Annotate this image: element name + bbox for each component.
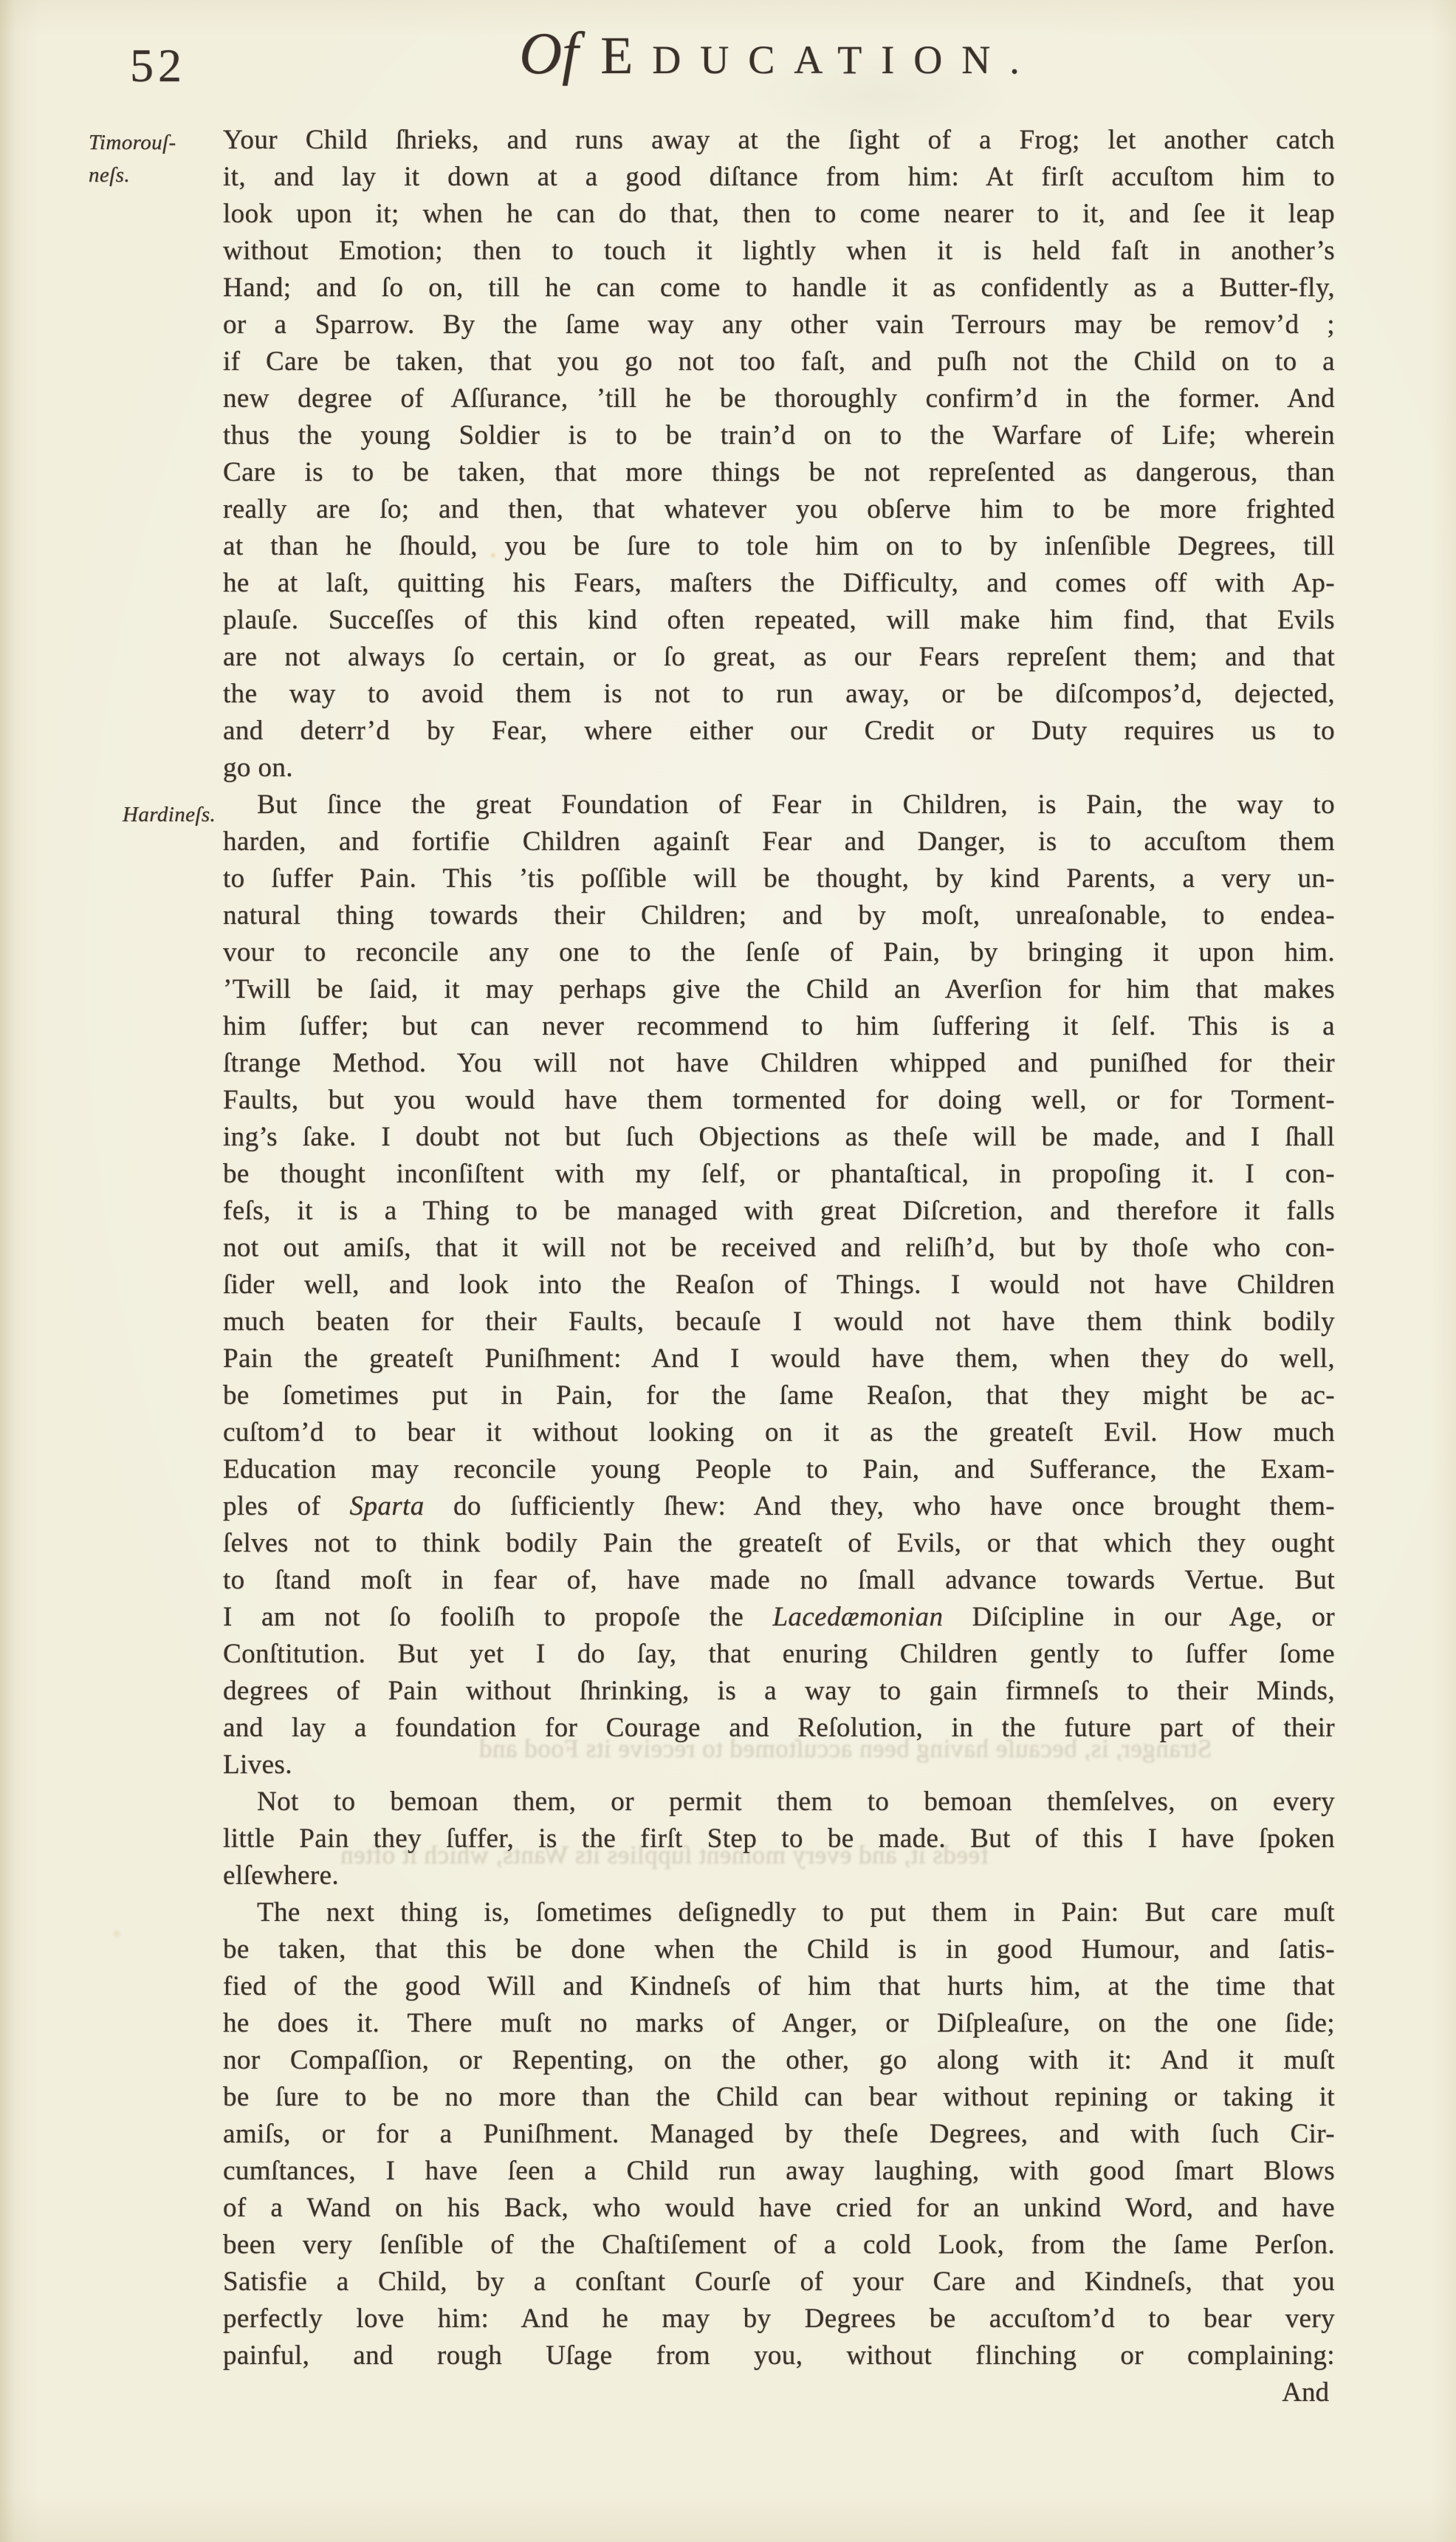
text-line: he at laſt, quitting his Fears, maſters … — [223, 565, 1335, 602]
paragraph-lines: Not to bemoan them, or permit them to be… — [223, 1784, 1335, 1894]
text-line: look upon it; when he can do that, then … — [223, 196, 1335, 233]
body-text: Timorouſ-neſs. Your Child ſhrieks, and r… — [0, 122, 1456, 2411]
text-line: Hardineſs. — [89, 798, 219, 831]
running-title: OfEDUCATION. — [223, 21, 1335, 88]
text-line: the way to avoid them is not to run away… — [223, 676, 1335, 713]
paragraph-lines: The next thing is, ſometimes deſignedly … — [223, 1894, 1335, 2374]
text-line: be ſometimes put in Pain, for the ſame R… — [223, 1377, 1335, 1414]
text-line: amiſs, or for a Puniſhment. Managed by t… — [223, 2116, 1335, 2153]
text-line: Lives. — [223, 1747, 1335, 1784]
text-line: be taken, that this be done when the Chi… — [223, 1931, 1335, 1968]
text-line: neſs. — [89, 159, 219, 191]
paragraph-lines: But ſince the great Foundation of Fear i… — [223, 787, 1335, 1784]
running-title-caps: EDUCATION. — [600, 25, 1038, 86]
text-line: ples of Sparta do ſufficiently ſhew: And… — [223, 1488, 1335, 1525]
margin-note-timorousness: Timorouſ-neſs. — [89, 126, 219, 191]
catchword: And — [223, 2374, 1335, 2411]
text-line: vour to reconcile any one to the ſenſe o… — [223, 934, 1335, 971]
text-line: go on. — [223, 750, 1335, 787]
text-line: if Care be taken, that you go not too fa… — [223, 343, 1335, 380]
text-line: of a Wand on his Back, who would have cr… — [223, 2190, 1335, 2227]
text-line: natural thing towards their Children; an… — [223, 897, 1335, 934]
text-line: at than he ſhould, you be ſure to tole h… — [223, 528, 1335, 565]
text-line: Education may reconcile young People to … — [223, 1451, 1335, 1488]
text-line: new degree of Aſſurance, ’till he be tho… — [223, 380, 1335, 417]
text-line: not out amiſs, that it will not be recei… — [223, 1230, 1335, 1267]
text-line: ſtrange Method. You will not have Childr… — [223, 1045, 1335, 1082]
text-line: ’Twill be ſaid, it may perhaps give the … — [223, 971, 1335, 1008]
paragraph-lines: Your Child ſhrieks, and runs away at the… — [223, 122, 1335, 787]
text-line: be ſure to be no more than the Child can… — [223, 2079, 1335, 2116]
text-line: I am not ſo fooliſh to propoſe the Laced… — [223, 1599, 1335, 1636]
text-line: ſelves not to think bodily Pain the grea… — [223, 1525, 1335, 1562]
text-line: feſs, it is a Thing to be managed with g… — [223, 1193, 1335, 1230]
text-line: ing’s ſake. I doubt not but ſuch Objecti… — [223, 1119, 1335, 1156]
text-line: cuſtom’d to bear it without looking on i… — [223, 1414, 1335, 1451]
text-line: really are ſo; and then, that whatever y… — [223, 491, 1335, 528]
page-number: 52 — [130, 38, 186, 93]
text-line: painful, and rough Uſage from you, witho… — [223, 2337, 1335, 2374]
text-line: thus the young Soldier is to be train’d … — [223, 417, 1335, 454]
text-line: Faults, but you would have them tormente… — [223, 1082, 1335, 1119]
margin-note-hardiness: Hardineſs. — [89, 798, 219, 831]
text-line: it, and lay it down at a good diſtance f… — [223, 159, 1335, 196]
text-line: little Pain they ſuffer, is the firſt St… — [223, 1820, 1335, 1857]
text-line: he does it. There muſt no marks of Anger… — [223, 2005, 1335, 2042]
text-line: or a Sparrow. By the ſame way any other … — [223, 306, 1335, 343]
text-line: be thought inconſiſtent with my ſelf, or… — [223, 1156, 1335, 1193]
text-line: been very ſenſible of the Chaſtiſement o… — [223, 2227, 1335, 2264]
page-header: 52 OfEDUCATION. — [0, 0, 1456, 122]
paragraph-designed-pain: The next thing is, ſometimes deſignedly … — [0, 1894, 1456, 2374]
text-line: Hand; and ſo on, till he can come to han… — [223, 270, 1335, 306]
text-line: him ſuffer; but can never recommend to h… — [223, 1008, 1335, 1045]
paragraph-hardiness: Hardineſs. But ſince the great Foundatio… — [0, 787, 1456, 1784]
text-line: much beaten for their Faults, becauſe I … — [223, 1303, 1335, 1340]
text-line: Satisfie a Child, by a conſtant Courſe o… — [223, 2264, 1335, 2301]
text-line: degrees of Pain without ſhrinking, is a … — [223, 1673, 1335, 1710]
text-line: elſewhere. — [223, 1857, 1335, 1894]
text-line: Your Child ſhrieks, and runs away at the… — [223, 122, 1335, 159]
text-line: and lay a foundation for Courage and Reſ… — [223, 1710, 1335, 1747]
text-line: cumſtances, I have ſeen a Child run away… — [223, 2153, 1335, 2190]
text-line: nor Compaſſion, or Repenting, on the oth… — [223, 2042, 1335, 2079]
text-line: Care is to be taken, that more things be… — [223, 454, 1335, 491]
text-line: Pain the greateſt Puniſhment: And I woul… — [223, 1340, 1335, 1377]
text-line: Conſtitution. But yet I do ſay, that enu… — [223, 1636, 1335, 1673]
text-line: to ſtand moſt in fear of, have made no ſ… — [223, 1562, 1335, 1599]
running-title-of: Of — [519, 21, 578, 86]
text-line: without Emotion; then to touch it lightl… — [223, 233, 1335, 270]
text-line: But ſince the great Foundation of Fear i… — [223, 787, 1335, 823]
text-line: Timorouſ- — [89, 126, 219, 159]
text-line: to ſuffer Pain. This ’tis poſſible will … — [223, 860, 1335, 897]
book-page: 52 OfEDUCATION. Stranger, is, becauſe ha… — [0, 0, 1456, 2542]
text-line: harden, and fortifie Children againſt Fe… — [223, 823, 1335, 860]
text-line: ſider well, and look into the Reaſon of … — [223, 1267, 1335, 1303]
paragraph-not-bemoan: Not to bemoan them, or permit them to be… — [0, 1784, 1456, 1894]
text-line: are not always ſo certain, or ſo great, … — [223, 639, 1335, 676]
text-line: and deterr’d by Fear, where either our C… — [223, 713, 1335, 750]
text-line: Not to bemoan them, or permit them to be… — [223, 1784, 1335, 1820]
text-line: fied of the good Will and Kindneſs of hi… — [223, 1968, 1335, 2005]
paragraph-timorousness: Timorouſ-neſs. Your Child ſhrieks, and r… — [0, 122, 1456, 787]
text-line: perfectly love him: And he may by Degree… — [223, 2301, 1335, 2337]
text-line: plauſe. Succeſſes of this kind often rep… — [223, 602, 1335, 639]
text-line: The next thing is, ſometimes deſignedly … — [223, 1894, 1335, 1931]
